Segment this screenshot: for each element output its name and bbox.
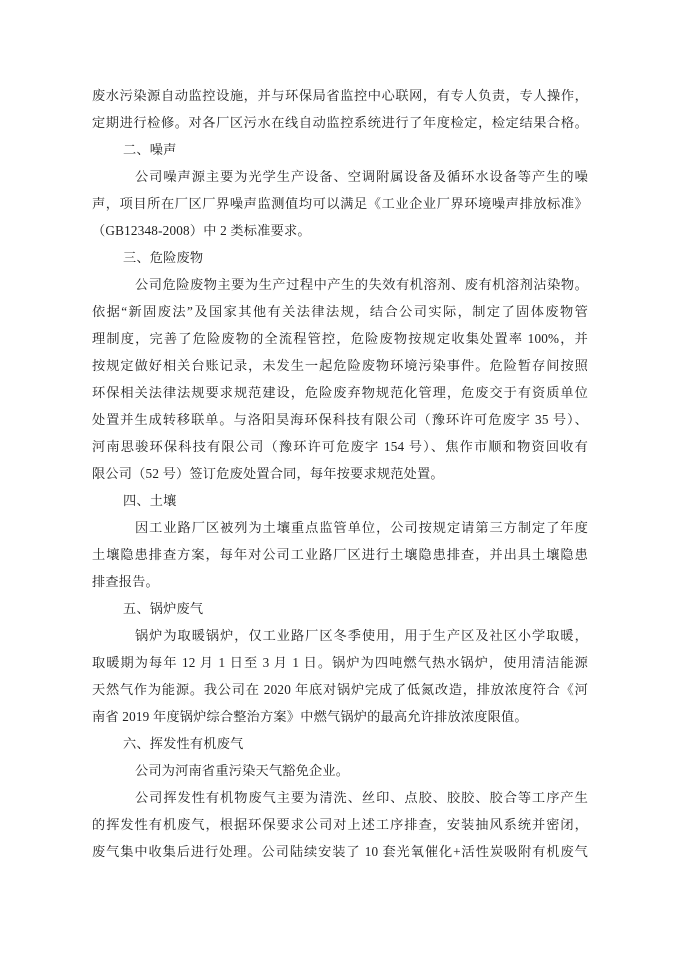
text-line: 河南思骏环保科技有限公司（豫环许可危废字 154 号）、焦作市顺和物资回收有 (92, 433, 588, 460)
text-line: 南省 2019 年度锅炉综合整治方案》中燃气锅炉的最高允许排放浓度限值。 (92, 703, 588, 730)
text-line: 土壤隐患排查方案，每年对公司工业路厂区进行土壤隐患排查，并出具土壤隐患 (92, 541, 588, 568)
text-line: 环保相关法律法规要求规范建设，危险废弃物规范化管理，危废交于有资质单位 (92, 379, 588, 406)
text-line: （GB12348-2008）中 2 类标准要求。 (92, 217, 588, 244)
text-line: 取暖期为每年 12 月 1 日至 3 月 1 日。锅炉为四吨燃气热水锅炉，使用清… (92, 649, 588, 676)
text-line: 的挥发性有机废气，根据环保要求公司对上述工序排查，安装抽风系统并密闭， (92, 811, 588, 838)
section-heading: 六、挥发性有机废气 (92, 730, 588, 757)
section-heading: 二、噪声 (92, 136, 588, 163)
page-content: 废水污染源自动监控设施，并与环保局省监控中心联网，有专人负责，专人操作，定期进行… (92, 82, 588, 865)
text-line: 限公司（52 号）签订危废处置合同，每年按要求规范处置。 (92, 460, 588, 487)
text-line: 废气集中收集后进行处理。公司陆续安装了 10 套光氧催化+活性炭吸附有机废气 (92, 838, 588, 865)
section-heading: 三、危险废物 (92, 244, 588, 271)
section-heading: 四、土壤 (92, 487, 588, 514)
section-heading: 五、锅炉废气 (92, 595, 588, 622)
text-line: 公司为河南省重污染天气豁免企业。 (92, 757, 588, 784)
text-line: 公司噪声源主要为光学生产设备、空调附属设备及循环水设备等产生的噪 (92, 163, 588, 190)
text-line: 天然气作为能源。我公司在 2020 年底对锅炉完成了低氮改造，排放浓度符合《河 (92, 676, 588, 703)
text-line: 定期进行检修。对各厂区污水在线自动监控系统进行了年度检定，检定结果合格。 (92, 109, 588, 136)
text-line: 因工业路厂区被列为土壤重点监管单位，公司按规定请第三方制定了年度 (92, 514, 588, 541)
text-line: 依据“新固废法”及国家其他有关法律法规，结合公司实际，制定了固体废物管 (92, 298, 588, 325)
text-line: 声，项目所在厂区厂界噪声监测值均可以满足《工业企业厂界环境噪声排放标准》 (92, 190, 588, 217)
text-line: 废水污染源自动监控设施，并与环保局省监控中心联网，有专人负责，专人操作， (92, 82, 588, 109)
text-line: 理制度，完善了危险废物的全流程管控，危险废物按规定收集处置率 100%，并 (92, 325, 588, 352)
text-line: 排查报告。 (92, 568, 588, 595)
text-line: 锅炉为取暖锅炉，仅工业路厂区冬季使用，用于生产区及社区小学取暖， (92, 622, 588, 649)
text-line: 公司挥发性有机物废气主要为清洗、丝印、点胶、胶胶、胶合等工序产生 (92, 784, 588, 811)
text-line: 公司危险废物主要为生产过程中产生的失效有机溶剂、废有机溶剂沾染物。 (92, 271, 588, 298)
text-line: 按规定做好相关台账记录，未发生一起危险废物环境污染事件。危险暂存间按照 (92, 352, 588, 379)
text-line: 处置并生成转移联单。与洛阳昊海环保科技有限公司（豫环许可危废字 35 号）、 (92, 406, 588, 433)
document-page: 废水污染源自动监控设施，并与环保局省监控中心联网，有专人负责，专人操作，定期进行… (0, 0, 686, 970)
